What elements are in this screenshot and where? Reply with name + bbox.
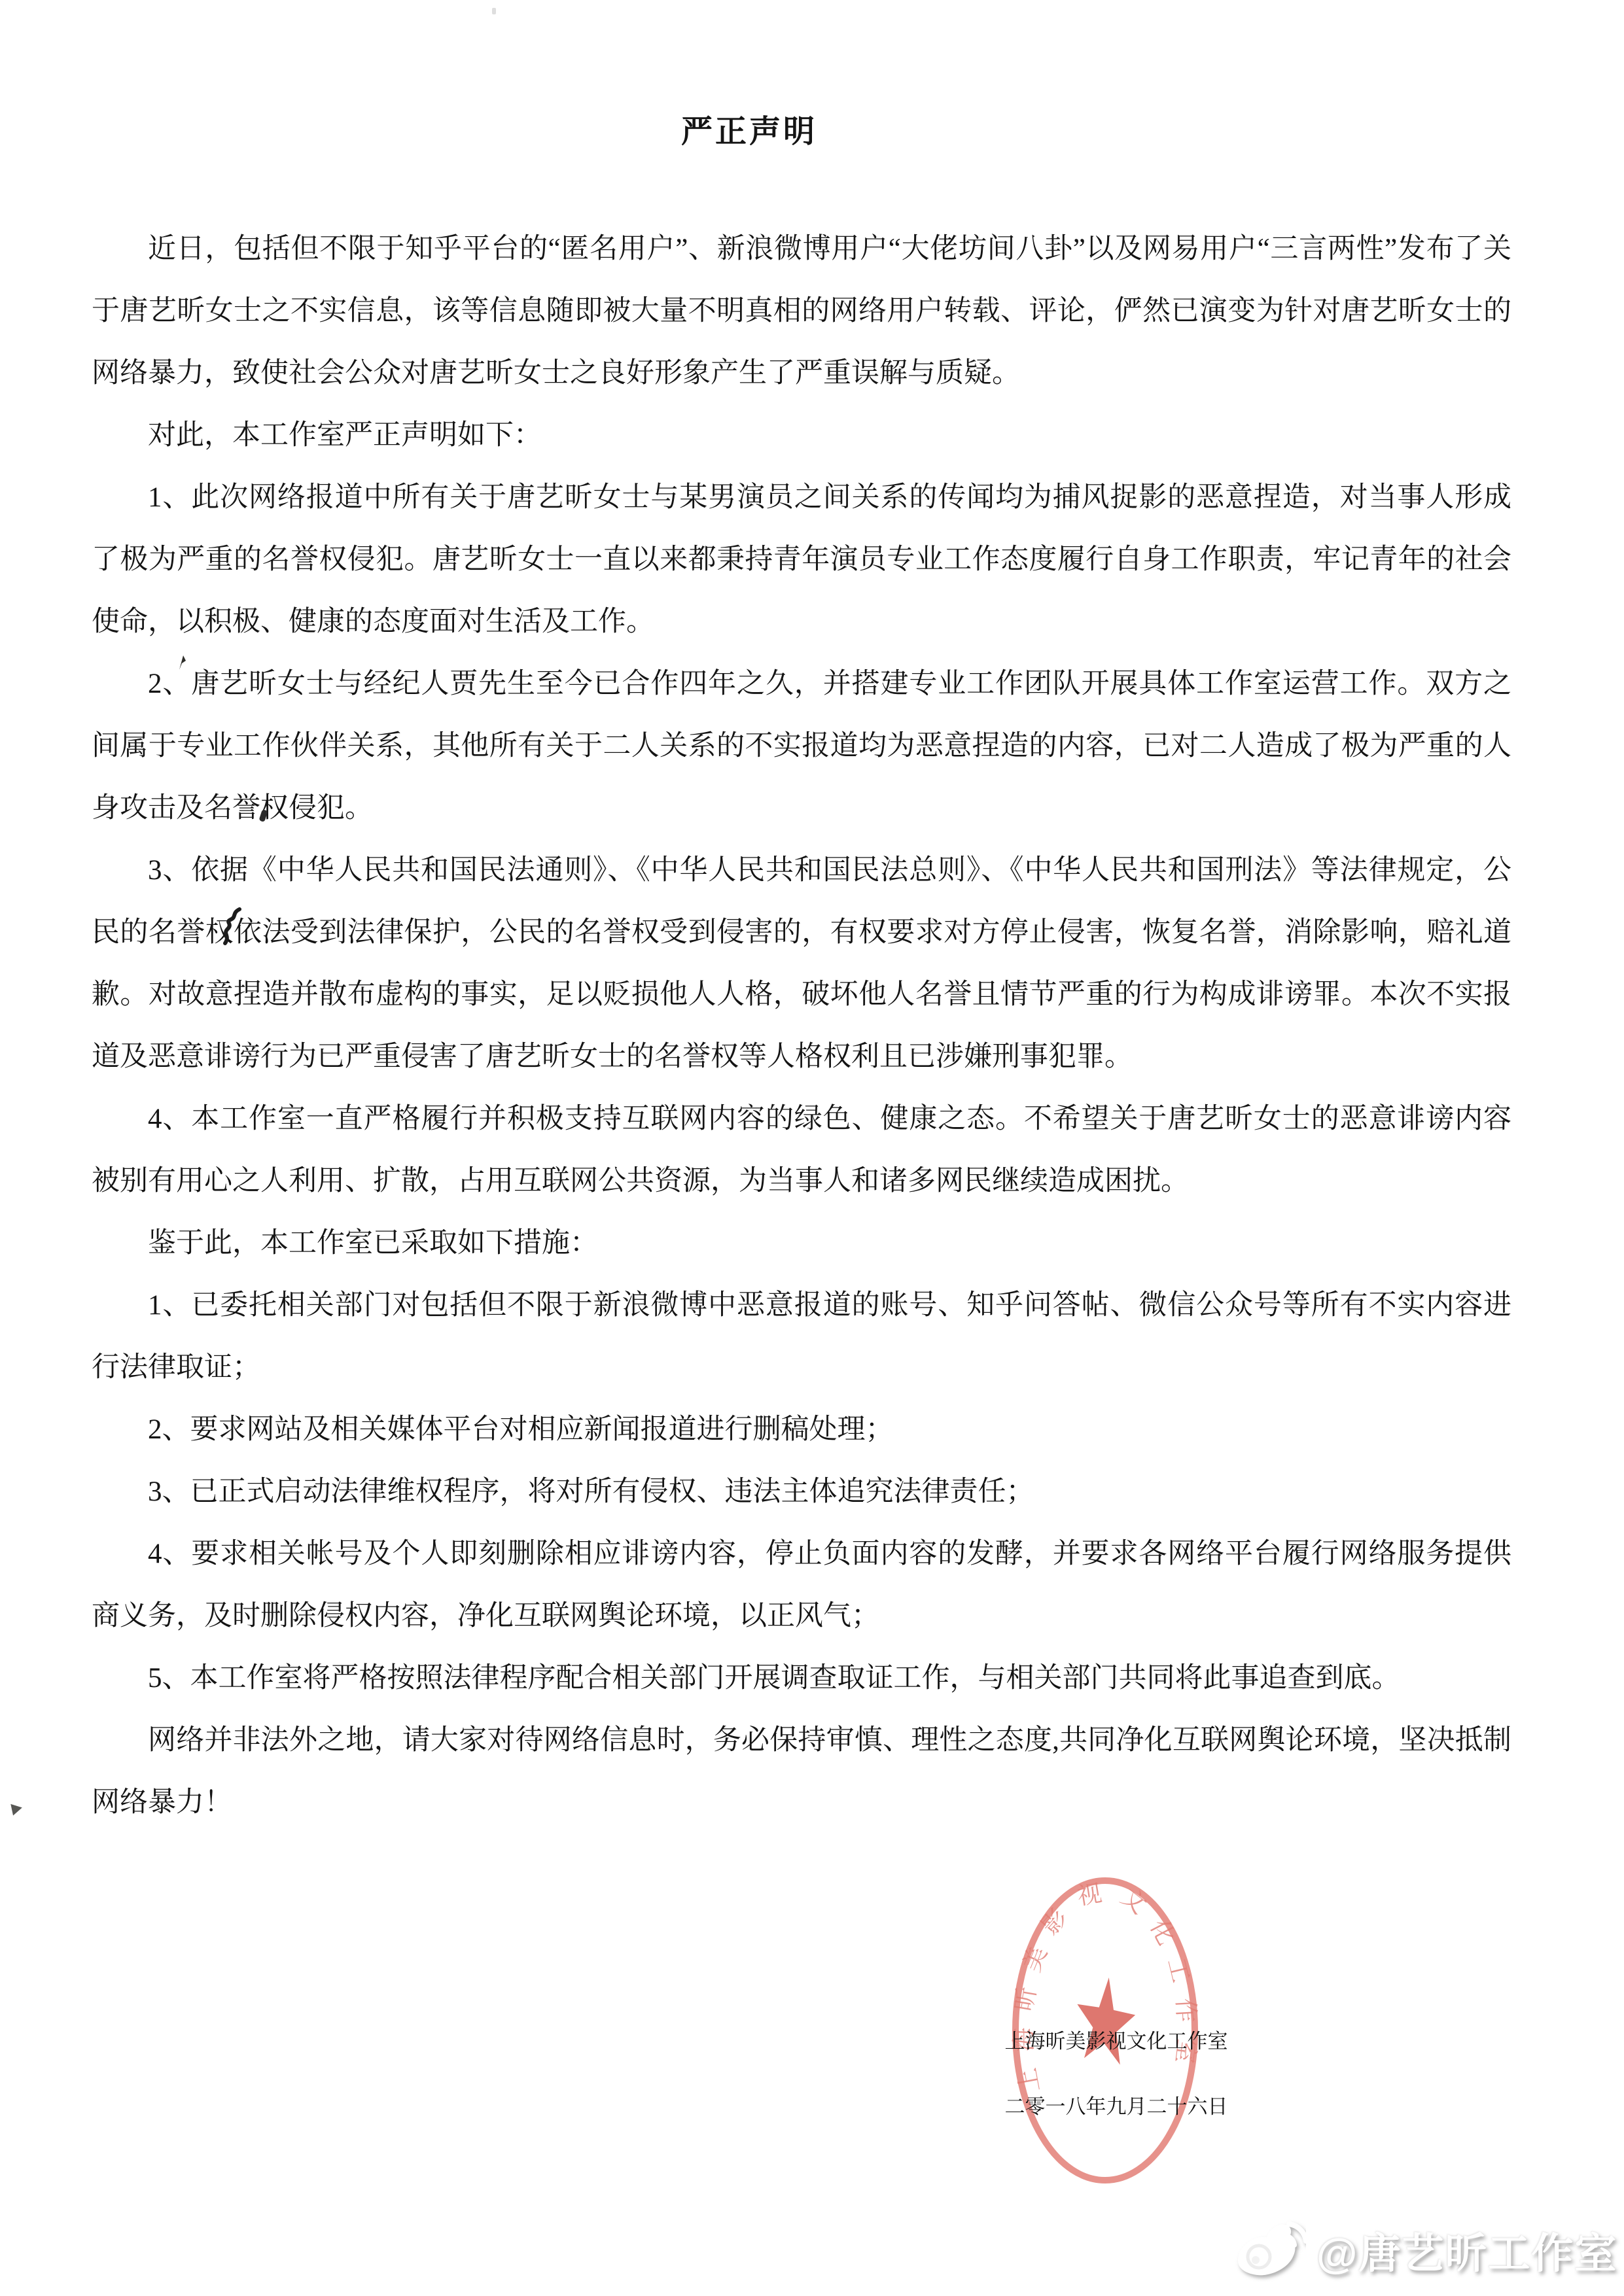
paragraph: 3、已正式启动法律维权程序，将对所有侵权、违法主体追究法律责任； <box>92 1461 1511 1523</box>
paragraph: 4、本工作室一直严格履行并积极支持互联网内容的绿色、健康之态。不希望关于唐艺昕女… <box>92 1088 1511 1212</box>
paragraph: 对此，本工作室严正声明如下： <box>92 404 1511 466</box>
paragraph: 3、依据《中华人民共和国民法通则》、《中华人民共和国民法总则》、《中华人民共和国… <box>92 839 1511 1088</box>
paragraph: 近日，包括但不限于知乎平台的“匿名用户”、新浪微博用户“大佬坊间八卦”以及网易用… <box>92 218 1511 404</box>
paragraph: 4、要求相关帐号及个人即刻删除相应诽谤内容，停止负面内容的发酵，并要求各网络平台… <box>92 1523 1511 1647</box>
paragraph: 鉴于此，本工作室已采取如下措施： <box>92 1212 1511 1274</box>
paragraph: 2、唐艺昕女士与经纪人贾先生至今已合作四年之久，并搭建专业工作团队开展具体工作室… <box>92 653 1511 839</box>
paragraph: 5、本工作室将严格按照法律程序配合相关部门开展调查取证工作，与相关部门共同将此事… <box>92 1647 1511 1709</box>
scan-artifact-dot <box>492 8 496 14</box>
seal-ring-text: 上海昕美影视文化工作室 <box>1011 1877 1201 2094</box>
paragraph: 2、要求网站及相关媒体平台对相应新闻报道进行删稿处理； <box>92 1399 1511 1461</box>
paragraph: 1、已委托相关部门对包括但不限于新浪微博中恶意报道的账号、知乎问答帖、微信公众号… <box>92 1274 1511 1399</box>
weibo-icon <box>1229 2216 1306 2284</box>
paragraph: 1、此次网络报道中所有关于唐艺昕女士与某男演员之间关系的传闻均为捕风捉影的恶意捏… <box>92 466 1511 653</box>
document-body: 近日，包括但不限于知乎平台的“匿名用户”、新浪微博用户“大佬坊间八卦”以及网易用… <box>92 218 1511 1834</box>
signature-date: 二零一八年九月二十六日 <box>913 2094 1319 2120</box>
scanned-statement-page: 严正声明 近日，包括但不限于知乎平台的“匿名用户”、新浪微博用户“大佬坊间八卦”… <box>0 0 1624 2296</box>
document-title: 严正声明 <box>0 106 1498 151</box>
signature-studio: 上海昕美影视文化工作室 <box>913 2028 1319 2055</box>
paragraph: 网络并非法外之地，请大家对待网络信息时，务必保持审慎、理性之态度,共同净化互联网… <box>92 1709 1511 1834</box>
watermark-label: @唐艺昕工作室 <box>1316 2220 1617 2280</box>
weibo-watermark: @唐艺昕工作室 <box>1229 2216 1617 2284</box>
scan-artifact-speck <box>10 1802 23 1816</box>
